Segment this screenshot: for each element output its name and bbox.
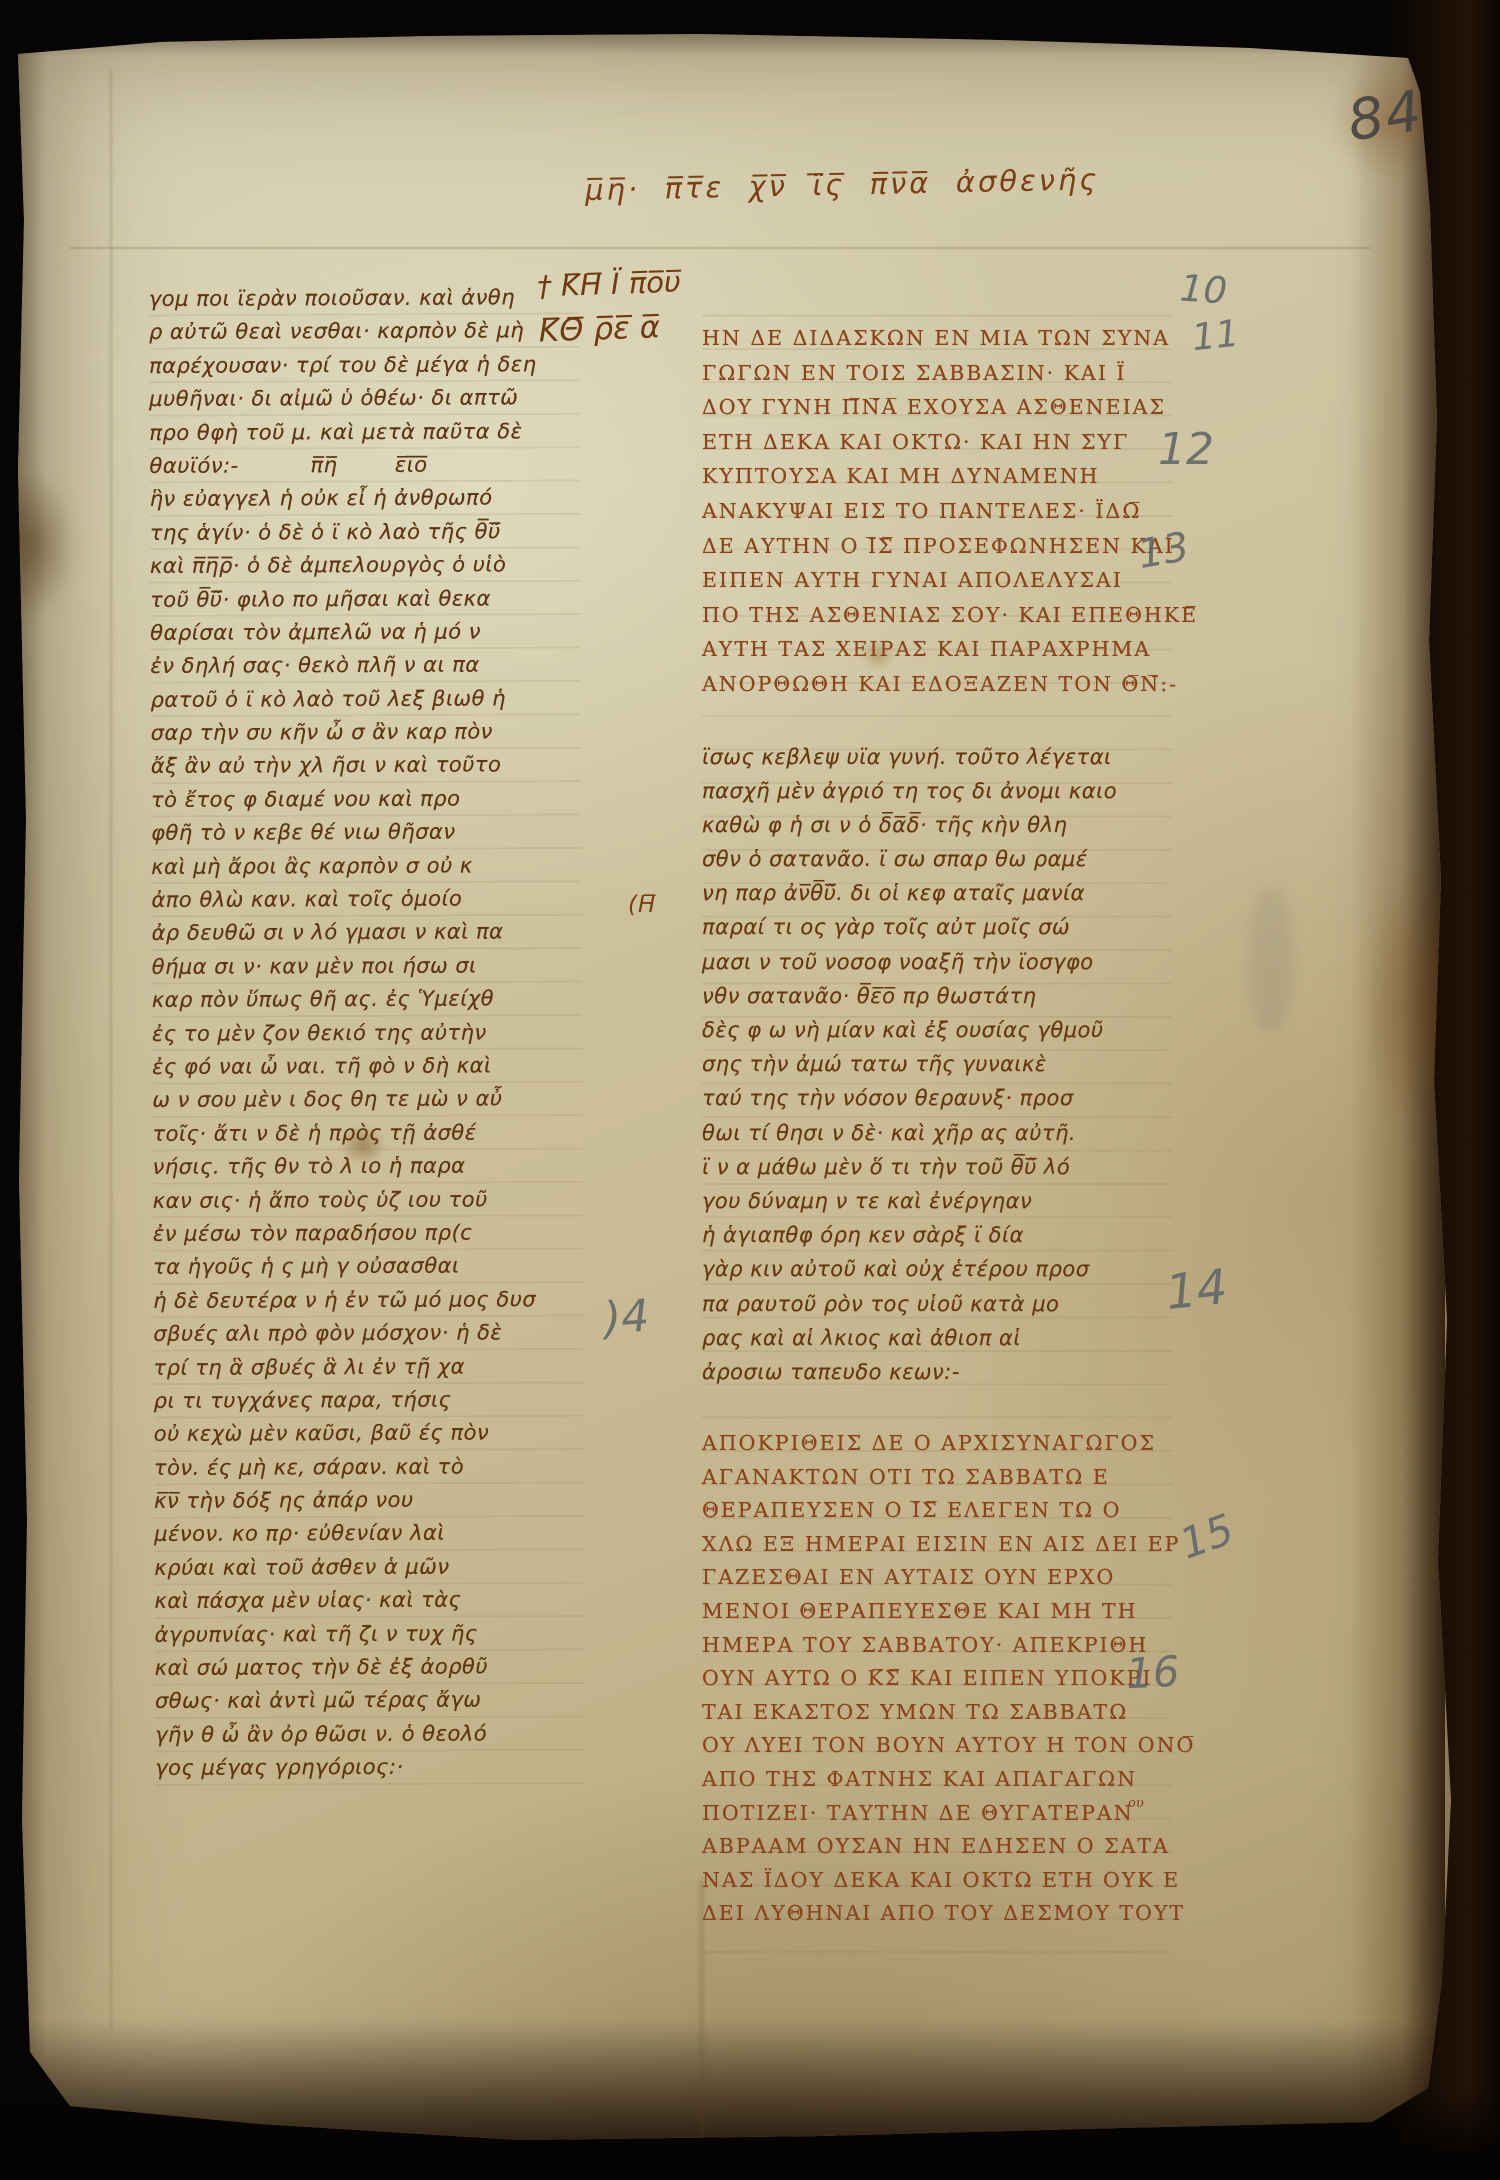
text-line: ΝΑΣ ΪΔΟΥ ΔΕΚΑ ΚΑΙ ΟΚΤΩ ΕΤΗ ΟΥΚ Ε bbox=[702, 1864, 1172, 1898]
text-line: σαρ τὴν συ κῆν ὦ σ ἂν καρ πὸν bbox=[151, 715, 581, 750]
verse-number-10: 10 bbox=[1179, 266, 1229, 312]
text-line: σθως· καὶ ἀντὶ μῶ τέρας ἄγω bbox=[155, 1683, 585, 1718]
text-line: ταύ της τὴν νόσον θεραυνξ· προσ bbox=[702, 1081, 1172, 1115]
stain bbox=[0, 470, 77, 620]
text-line: ΗΝ ΔΕ ΔΙΔΑΣΚΩΝ ΕΝ ΜΙΑ ΤΩΝ ΣΥΝΑ bbox=[702, 321, 1172, 356]
text-line: ρας καὶ αἱ λκιος καὶ ἀθιοπ αἱ bbox=[702, 1321, 1172, 1355]
text-line: ΔΕΙ ΛΥΘΗΝΑΙ ΑΠΟ ΤΟΥ ΔΕΣΜΟΥ ΤΟΥΤ bbox=[702, 1897, 1172, 1931]
text-line: καὶ π̅η̅ρ̅· ὁ δὲ ἀμπελουργὸς ὁ υἱὸ bbox=[150, 548, 580, 583]
ruling-crease bbox=[110, 70, 112, 2030]
text-line: σης τὴν ἀμώ τατω τῆς γυναικὲ bbox=[702, 1047, 1172, 1081]
text-line: τρί τη ἃ σβυές ἃ λι ἐν τῇ χα bbox=[153, 1350, 583, 1385]
interlinear-commentary: ϊσως κεβλεψ υϊα γυνή. τοῦτο λέγεταιπασχῆ… bbox=[702, 740, 1172, 1390]
text-line: καὶ σώ ματος τὴν δὲ ἐξ ἀορθῦ bbox=[155, 1650, 585, 1685]
text-line: ΠΟ ΤΗΣ ΑΣΘΕΝΙΑΣ ΣΟΥ· ΚΑΙ ΕΠΕΘΗΚΕ̅ bbox=[702, 598, 1172, 633]
text-line: κ̅ν̅ τὴν δόξ ης ἀπάρ νου bbox=[154, 1483, 584, 1518]
text-line: προ θφὴ τοῦ μ. καὶ μετὰ παῦτα δὲ bbox=[149, 415, 579, 450]
text-line: ρατοῦ ὁ ϊ κὸ λαὸ τοῦ λεξ βιωθ ἡ bbox=[150, 682, 580, 717]
abbreviation-superscript: ου bbox=[1128, 1796, 1144, 1811]
text-line: ἐς το μὲν ζον θεκιό της αὐτὴν bbox=[152, 1016, 582, 1051]
text-line: πασχῆ μὲν ἀγριό τη τος δι ἀνομι καιο bbox=[702, 774, 1172, 808]
folio-number: 84 bbox=[1343, 79, 1428, 155]
text-line: νη παρ ἀν̅θ̅ῦ̅. δι οἱ κεφ αταῖς μανία bbox=[702, 876, 1172, 910]
text-line: γῆν θ ὦ ἂν ὀρ θῶσι ν. ὁ θεολό bbox=[155, 1717, 585, 1752]
text-line: ΚΥΠΤΟΥΣΑ ΚΑΙ ΜΗ ΔΥΝΑΜΕΝΗ bbox=[702, 459, 1172, 494]
text-line: γὰρ κιν αὐτοῦ καὶ οὐχ ἑτέρου προσ bbox=[702, 1252, 1172, 1286]
text-line: καρ πὸν ὕπως θῆ ας. ἐς Ὑμείχθ bbox=[152, 982, 582, 1017]
text-line: ΑΝΑΚΥΨΑΙ ΕΙΣ ΤΟ ΠΑΝΤΕΛΕΣ· ΪΔΩ̅ bbox=[702, 494, 1172, 529]
text-line: σβυές αλι πρὸ φὸν μόσχον· ἡ δὲ bbox=[153, 1316, 583, 1351]
gospel-verses-14-16: ΑΠΟΚΡΙΘΕΙΣ ΔΕ Ο ΑΡΧΙΣΥΝΑΓΩΓΟΣΑΓΑΝΑΚΤΩΝ Ο… bbox=[702, 1427, 1172, 1931]
text-line: ΔΟΥ ΓΥΝΗ Π̅Ν̅Α̅ ΕΧΟΥΣΑ ΑΣΘΕΝΕΙΑΣ bbox=[702, 390, 1172, 425]
text-line: παρέχουσαν· τρί του δὲ μέγα ἡ δεη bbox=[149, 348, 579, 383]
text-line: ἡ δὲ δευτέρα ν ἡ ἐν τῶ μό μος δυσ bbox=[153, 1283, 583, 1318]
verse-number-11: 11 bbox=[1190, 312, 1241, 360]
manuscript-photo: 84 μ̅η̅· π̅τ̅ε χ̅ν̅ ϊ̅ς̅ π̅ν̅α̅ ἀσθενῆς … bbox=[0, 0, 1500, 2180]
text-line: ἀροσιω ταπευδο κεων:- bbox=[702, 1355, 1172, 1389]
text-line: μυθῆναι· δι αἰμῶ ὑ ὁθέω· δι απτῶ bbox=[149, 381, 579, 416]
text-line: ἐν δηλή σας· θεκὸ πλῆ ν αι πα bbox=[150, 648, 580, 683]
text-line: θαυϊόν:- π̅η̅ ε̅ι̅ο̅ bbox=[149, 448, 579, 483]
text-line: ἀγρυπνίας· καὶ τῆ ζι ν τυχ ῆς bbox=[155, 1617, 585, 1652]
text-line: ΟΥ ΛΥΕΙ ΤΟΝ ΒΟΥΝ ΑΥΤΟΥ Η ΤΟΝ ΟΝΟ̅ bbox=[702, 1729, 1172, 1763]
text-line: μένον. κο πρ· εὐθενίαν λαὶ bbox=[154, 1517, 584, 1552]
text-line: ΓΩΓΩΝ ΕΝ ΤΟΙΣ ΣΑΒΒΑΣΙΝ· ΚΑΙ Ϊ bbox=[702, 356, 1172, 391]
text-line: ἐν μέσω τὸν παραδήσου πρ(ϲ bbox=[153, 1216, 583, 1251]
text-line: ΕΤΗ ΔΕΚΑ ΚΑΙ ΟΚΤΩ· ΚΑΙ ΗΝ ΣΥΓ bbox=[702, 425, 1172, 460]
text-line: ἀπο θλὼ καν. καὶ τοῖς ὁμοίο bbox=[151, 882, 581, 917]
text-line: φθῆ τὸ ν κεβε θέ νιω θῆσαν bbox=[151, 815, 581, 850]
text-line: ρ αὐτῶ θεαὶ νεσθαι· καρπὸν δὲ μὴ bbox=[149, 314, 579, 349]
gospel-verses-10-13: ΗΝ ΔΕ ΔΙΔΑΣΚΩΝ ΕΝ ΜΙΑ ΤΩΝ ΣΥΝΑΓΩΓΩΝ ΕΝ Τ… bbox=[702, 321, 1172, 702]
running-header: μ̅η̅· π̅τ̅ε χ̅ν̅ ϊ̅ς̅ π̅ν̅α̅ ἀσθενῆς bbox=[585, 163, 1066, 207]
left-column-commentary-text: γομ ποι ϊερὰν ποιοῦσαν. καὶ ἀνθηρ αὐτῶ θ… bbox=[149, 281, 586, 1785]
text-line: τὸ ἔτος φ διαμέ νου καὶ προ bbox=[151, 782, 581, 817]
text-line: καὶ πάσχα μὲν υἱας· καὶ τὰς bbox=[154, 1583, 584, 1618]
text-line: ΑΥΤΗ ΤΑΣ ΧΕΙΡΑΣ ΚΑΙ ΠΑΡΑΧΡΗΜΑ bbox=[702, 632, 1172, 667]
text-line: νήσις. τῆς θν τὸ λ ιο ἡ παρα bbox=[153, 1149, 583, 1184]
text-line: γομ ποι ϊερὰν ποιοῦσαν. καὶ ἀνθη bbox=[149, 281, 579, 316]
text-line: τὸν. ές μὴ κε, σάραν. καὶ τὸ bbox=[154, 1450, 584, 1485]
text-line: ἡ ἁγιαπθφ όρη κεν σὰρξ ϊ δία bbox=[702, 1218, 1172, 1252]
text-line: ΓΑΖΕΣΘΑΙ ΕΝ ΑΥΤΑΙΣ ΟΥΝ ΕΡΧΟ bbox=[702, 1561, 1172, 1595]
text-line: ρι τι τυγχάνες παρα, τήσις bbox=[154, 1383, 584, 1418]
text-line: τοῖς· ἄτι ν δὲ ἡ πρὸς τῇ ἀσθέ bbox=[152, 1116, 582, 1151]
verse-number-12: 12 bbox=[1158, 424, 1214, 475]
text-line: ΤΑΙ ΕΚΑΣΤΟΣ ΥΜΩΝ ΤΩ ΣΑΒΒΑΤΩ bbox=[702, 1696, 1172, 1730]
text-line: ἀρ δευθῶ σι ν λό γμασι ν καὶ πα bbox=[151, 915, 581, 950]
text-line: πα ραυτοῦ ρὸν τος υἱοῦ κατὰ μο bbox=[702, 1287, 1172, 1321]
text-line: νθν σατανᾶο· θ̅ε̅ο̅ πρ θωστάτη bbox=[702, 979, 1172, 1013]
text-line: οὐ κεχὼ μὲν καῦσι, βαῦ ές πὸν bbox=[154, 1416, 584, 1451]
text-line: της ἁγίν· ὁ δὲ ὁ ϊ κὸ λαὸ τῆς θ̅ῦ̅ bbox=[150, 515, 580, 550]
text-line: ΜΕΝΟΙ ΘΕΡΑΠΕΥΕΣΘΕ ΚΑΙ ΜΗ ΤΗ bbox=[702, 1595, 1172, 1629]
right-column-gospel-text: ΗΝ ΔΕ ΔΙΔΑΣΚΩΝ ΕΝ ΜΙΑ ΤΩΝ ΣΥΝΑΓΩΓΩΝ ΕΝ Τ… bbox=[702, 283, 1172, 1969]
text-line: ΘΕΡΑΠΕΥΣΕΝ Ο Ι̅Σ̅ ΕΛΕΓΕΝ ΤΩ Ο bbox=[702, 1494, 1172, 1528]
ruling-line bbox=[70, 247, 1370, 249]
text-line: καν σις· ἡ ἄπο τοὺς ὑζ ιου τοῦ bbox=[153, 1183, 583, 1218]
verse-number-14-left: )4 bbox=[602, 1290, 651, 1344]
text-line: ΟΥΝ ΑΥΤΩ Ο Κ̅Σ̅ ΚΑΙ ΕΙΠΕΝ ΥΠΟΚΡΙ bbox=[702, 1662, 1172, 1696]
text-line: δὲς φ ω νὴ μίαν καὶ ἐξ ουσίας γθμοῦ bbox=[702, 1013, 1172, 1047]
text-line: ΗΜΕΡΑ ΤΟΥ ΣΑΒΒΑΤΟΥ· ΑΠΕΚΡΙΘΗ bbox=[702, 1629, 1172, 1663]
text-line: γος μέγας γρηγόριος:· bbox=[155, 1750, 585, 1785]
text-line: ΑΝΟΡΘΩΘΗ ΚΑΙ ΕΔΟΞΑΖΕΝ ΤΟΝ Θ̅Ν̅:- bbox=[702, 667, 1172, 702]
verse-number-14: 14 bbox=[1163, 1259, 1230, 1321]
text-line: ΑΓΑΝΑΚΤΩΝ ΟΤΙ ΤΩ ΣΑΒΒΑΤΩ Ε bbox=[702, 1461, 1172, 1495]
page-edge-left bbox=[0, 0, 46, 2180]
manuscript-page: 84 μ̅η̅· π̅τ̅ε χ̅ν̅ ϊ̅ς̅ π̅ν̅α̅ ἀσθενῆς … bbox=[0, 0, 1500, 2180]
verse-number-13: 13 bbox=[1134, 524, 1192, 578]
text-line: ω ν σου μὲν ι δος θη τε μὼ ν αὖ bbox=[152, 1082, 582, 1117]
text-line: θωι τί θησι ν δὲ· καὶ χῆρ ας αὐτῆ. bbox=[702, 1116, 1172, 1150]
text-line: θήμα σι ν· καν μὲν ποι ήσω σι bbox=[152, 949, 582, 984]
pencil-smudge bbox=[1250, 890, 1292, 1030]
text-line: παραί τι ος γὰρ τοῖς αὐτ μοῖς σώ bbox=[702, 910, 1172, 944]
text-line: σθν ὁ σατανᾶο. ϊ σω σπαρ θω ραμέ bbox=[702, 842, 1172, 876]
verse-number-16: 16 bbox=[1125, 1647, 1181, 1699]
text-line: θαρίσαι τὸν ἀμπελῶ να ἡ μό ν bbox=[150, 615, 580, 650]
text-line: καὶ μὴ ἄροι ἂς καρπὸν σ οὐ κ bbox=[151, 849, 581, 884]
text-line: ΑΠΟΚΡΙΘΕΙΣ ΔΕ Ο ΑΡΧΙΣΥΝΑΓΩΓΟΣ bbox=[702, 1427, 1172, 1461]
text-line: ἣν εὐαγγελ ἡ οὐκ εἶ ἡ ἀνθρωπό bbox=[150, 481, 580, 516]
text-line: γου δύναμη ν τε καὶ ἐνέργηαν bbox=[702, 1184, 1172, 1218]
text-line: ϊσως κεβλεψ υϊα γυνή. τοῦτο λέγεται bbox=[702, 740, 1172, 774]
text-line: κρύαι καὶ τοῦ ἀσθεν ἁ μῶν bbox=[154, 1550, 584, 1585]
text-line: τοῦ θ̅ῦ̅· φιλο πο μῆσαι καὶ θεκα bbox=[150, 582, 580, 617]
catena-siglum: Η bbox=[628, 892, 655, 918]
page-edge-top bbox=[0, 0, 1500, 56]
text-line: τα ἡγοῦς ἡ ς μὴ γ οὐσασθαι bbox=[153, 1249, 583, 1284]
text-line: ΑΠΟ ΤΗΣ ΦΑΤΝΗΣ ΚΑΙ ΑΠΑΓΑΓΩΝ bbox=[702, 1763, 1172, 1797]
text-line: ΠΟΤΙΖΕΙ· ΤΑΥΤΗΝ ΔΕ ΘΥΓΑΤΕΡΑΝ bbox=[702, 1797, 1172, 1831]
text-line: ΧΛΩ ΕΞ ΗΜΕΡΑΙ ΕΙΣΙΝ ΕΝ ΑΙΣ ΔΕΙ ΕΡ bbox=[702, 1528, 1172, 1562]
text-line: ΔΕ ΑΥΤΗΝ Ο Ι̅Σ̅ ΠΡΟΣΕΦΩΝΗΣΕΝ ΚΑΙ bbox=[702, 529, 1172, 564]
text-line: ἄξ ἂν αὐ τὴν χλ ῆσι ν καὶ τοῦτο bbox=[151, 749, 581, 784]
text-line: ϊ ν α μάθω μὲν ὅ τι τὴν τοῦ θ̅ῦ̅ λό bbox=[702, 1150, 1172, 1184]
text-line: μασι ν τοῦ νοσοφ νοαξῆ τὴν ϊοσγφο bbox=[702, 945, 1172, 979]
text-line: ἐς φό ναι ὦ ναι. τῆ φὸ ν δὴ καὶ bbox=[152, 1049, 582, 1084]
text-line: ΕΙΠΕΝ ΑΥΤΗ ΓΥΝΑΙ ΑΠΟΛΕΛΥΣΑΙ bbox=[702, 563, 1172, 598]
text-line: ΑΒΡΑΑΜ ΟΥΣΑΝ ΗΝ ΕΔΗΣΕΝ Ο ΣΑΤΑ bbox=[702, 1830, 1172, 1864]
verse-number-15: 15 bbox=[1173, 1504, 1240, 1568]
text-line: καθὼ φ ἡ σι ν ὁ δ̅α̅δ̅· τῆς κὴν θλη bbox=[702, 808, 1172, 842]
